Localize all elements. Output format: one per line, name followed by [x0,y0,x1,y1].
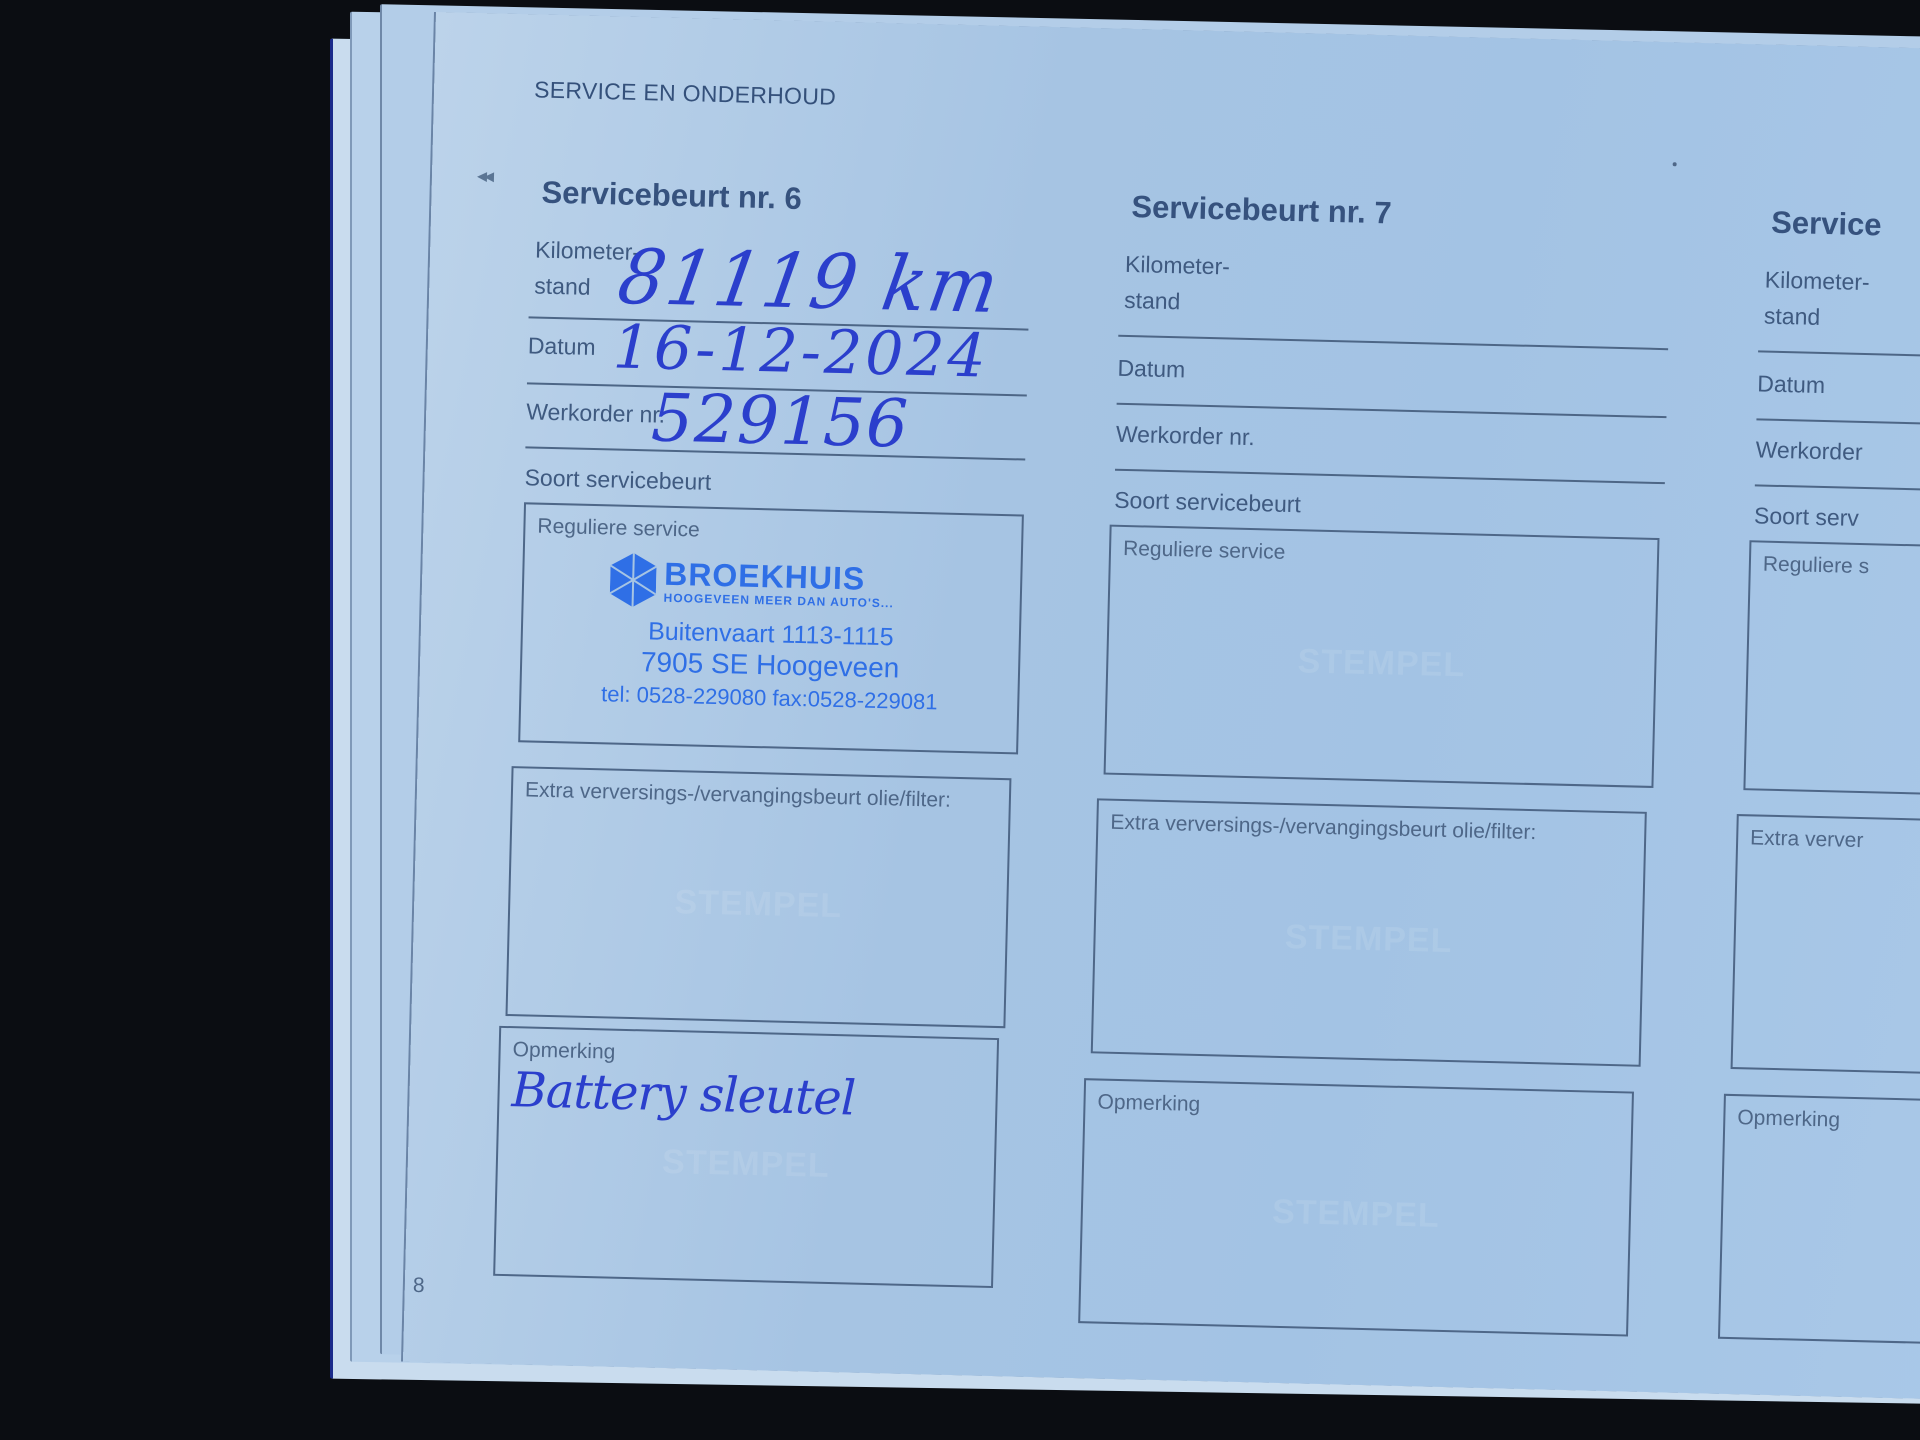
box-label: Opmerking [1737,1106,1840,1133]
field-rule [1115,469,1665,484]
km-label: Kilometer- [1765,267,1870,297]
km-label-2: stand [1124,287,1181,315]
box-label: Opmerking [1097,1090,1200,1117]
stamp-watermark: STEMPEL [1108,637,1655,689]
remark-box: Opmerking [1718,1094,1920,1352]
service-type-label: Soort serv [1754,502,1859,532]
extra-service-box: Extra verversings-/vervangingsbeurt olie… [1091,798,1647,1066]
field-rule [1118,335,1668,350]
regular-service-box: Reguliere service STEMPEL [1104,525,1660,788]
section-title: SERVICE EN ONDERHOUD [534,76,837,110]
box-label: Extra verver [1750,826,1864,853]
box-label: Reguliere service [537,515,700,543]
service-type-label: Soort servicebeurt [1114,487,1301,519]
field-rule [1755,484,1920,499]
dealer-brand: BROEKHUIS HOOGEVEEN MEER DAN AUTO'S... [664,558,895,610]
workorder-label: Werkorder nr. [1116,421,1256,451]
date-label: Datum [1117,355,1185,384]
dealer-stamp: BROEKHUIS HOOGEVEEN MEER DAN AUTO'S... B… [521,550,1021,717]
remark-box: Opmerking STEMPEL [1078,1078,1634,1336]
date-label: Datum [528,332,596,361]
page-number: 8 [413,1274,425,1298]
remark-box: Opmerking Battery sleutel STEMPEL [493,1026,999,1288]
box-label: Extra verversings-/vervangingsbeurt olie… [525,778,951,812]
field-rule [1758,350,1920,365]
service-heading: Service [1771,205,1882,244]
stamp-watermark: STEMPEL [1082,1189,1629,1241]
service-heading: Servicebeurt nr. 6 [541,175,802,217]
broekhuis-logo-icon [609,552,656,607]
stamp-watermark: STEMPEL [510,879,1007,930]
box-label: Reguliere service [1123,537,1286,565]
regular-service-box: Reguliere service BROEKHUIS HOOGEVEEN ME… [518,502,1024,754]
service-heading: Servicebeurt nr. 7 [1131,189,1392,231]
service-type-label: Soort servicebeurt [524,464,711,496]
booklet-page: SERVICE EN ONDERHOUD ◂◂ Servicebeurt nr.… [403,12,1920,1401]
photo-scene: SERVICE EN ONDERHOUD ◂◂ Servicebeurt nr.… [0,0,1920,1440]
extra-service-box: Extra verver [1731,814,1920,1082]
box-label: Opmerking [512,1038,615,1065]
extra-service-box: Extra verversings-/vervangingsbeurt olie… [505,766,1011,1028]
box-label: Extra verversings-/vervangingsbeurt olie… [1110,811,1536,845]
paper-speck [1673,162,1677,166]
km-label: Kilometer- [1125,251,1230,281]
km-label-2: stand [1764,303,1821,331]
stamp-watermark: STEMPEL [1095,913,1642,965]
remark-value: Battery sleutel [511,1062,856,1126]
box-label: Reguliere s [1763,553,1870,580]
stamp-watermark: STEMPEL [498,1139,995,1190]
km-label-2: stand [534,272,591,300]
date-label: Datum [1757,370,1825,399]
regular-service-box: Reguliere s [1743,540,1920,803]
field-rule [1756,418,1920,433]
workorder-label: Werkorder nr. [526,398,666,428]
double-chevron-left-icon: ◂◂ [477,163,492,188]
workorder-label: Werkorder [1755,436,1863,466]
field-rule [1117,403,1667,418]
